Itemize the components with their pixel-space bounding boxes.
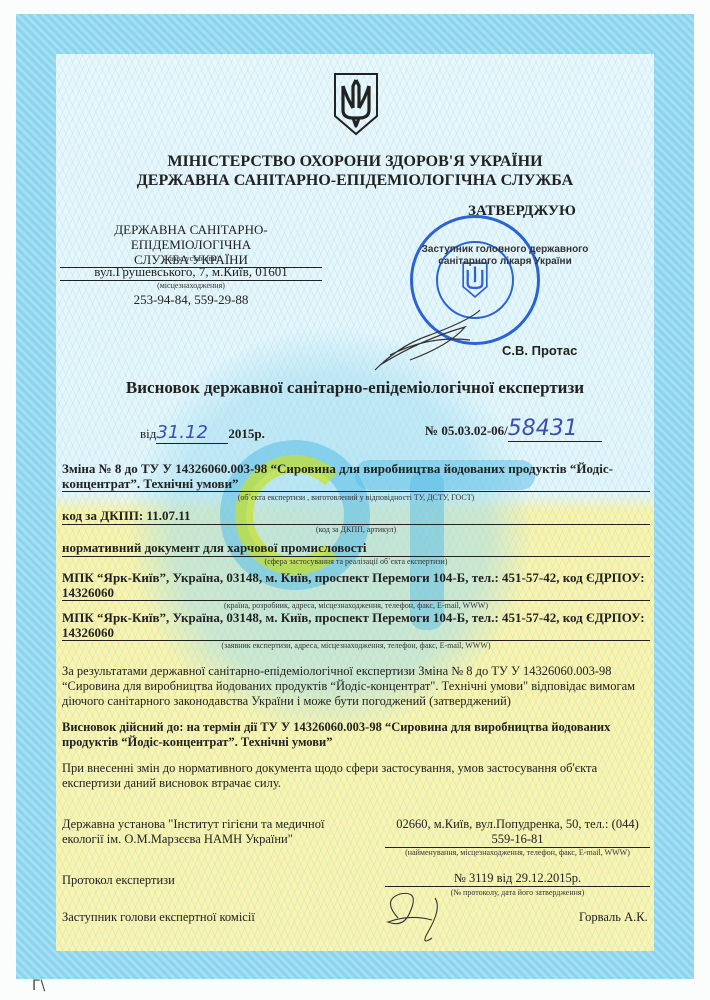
issuer-phones: 253-94-84, 559-29-88	[60, 292, 322, 308]
institution-address-line2: 559-16-81	[385, 832, 650, 848]
field-scope: нормативний документ для харчової промис…	[62, 540, 650, 557]
issuer-address-caption: (місцезнаходження)	[60, 281, 322, 290]
field-dkpp-caption: (код за ДКПП, артикул)	[62, 525, 650, 534]
field-object: Зміна № 8 до ТУ У 14326060.003-98 “Сиров…	[62, 461, 650, 492]
field-object-caption: (об`єкта експертизи , виготовлений у від…	[62, 493, 650, 502]
issuer-name-caption: (назва установи)	[60, 254, 322, 263]
field-dkpp-code: код за ДКПП: 11.07.11	[62, 508, 650, 525]
approval-signature	[370, 305, 490, 375]
approval-signer: С.В. Протас	[502, 343, 577, 358]
institution-address: 02660, м.Київ, вул.Попудренка, 50, тел.:…	[385, 817, 650, 848]
document-date: від31.122015р.	[140, 422, 265, 444]
approval-position-line1: Заступник головного державного	[405, 244, 605, 256]
institution-address-line1: 02660, м.Київ, вул.Попудренка, 50, тел.:…	[385, 817, 650, 832]
issuer-address: вул.Грушевського, 7, м.Київ, 01601	[60, 264, 322, 281]
date-prefix: від	[140, 426, 156, 441]
date-handwritten: 31.12	[156, 422, 228, 444]
number-handwritten: 58431	[508, 416, 602, 442]
field-applicant-caption: (заявник експертизи, адреса, місцезнаход…	[62, 641, 650, 650]
field-applicant: МПК “Ярк-Київ”, Україна, 03148, м. Київ,…	[62, 610, 650, 641]
institution-name-line1: Державна установа "Інститут гігієни та м…	[62, 817, 342, 832]
expertise-result: За результатами державної санітарно-епід…	[62, 664, 650, 709]
approval-position-line2: санітарного лікаря України	[405, 256, 605, 268]
change-notice: При внесенні змін до нормативного докуме…	[62, 761, 650, 791]
date-suffix: 2015р.	[228, 426, 264, 441]
field-developer-caption: (країна, розробник, адреса, місцезнаходж…	[62, 601, 650, 610]
deputy-name: Горваль А.К.	[579, 910, 648, 925]
approval-position: Заступник головного державного санітарно…	[405, 244, 605, 268]
document-number: № 05.03.02-06/58431	[425, 416, 602, 442]
field-scope-caption: (сфера застосування та реалізації об`єкт…	[62, 557, 650, 566]
corner-mark: Г\	[32, 978, 45, 994]
institution-name: Державна установа "Інститут гігієни та м…	[62, 817, 342, 847]
validity-statement: Висновок дійсний до: на термін дії ТУ У …	[62, 720, 650, 750]
ministry-title: МІНІСТЕРСТВО ОХОРОНИ ЗДОРОВ'Я УКРАЇНИ	[100, 153, 610, 171]
deputy-label: Заступник голови експертної комісії	[62, 910, 255, 925]
protocol-label: Протокол експертизи	[62, 873, 175, 888]
field-developer: МПК “Ярк-Київ”, Україна, 03148, м. Київ,…	[62, 570, 650, 601]
trident-coat-of-arms-icon	[333, 72, 379, 136]
service-title: ДЕРЖАВНА САНІТАРНО-ЕПІДЕМІОЛОГІЧНА СЛУЖБ…	[100, 172, 610, 190]
document-title: Висновок державної санітарно-епідеміолог…	[60, 378, 650, 398]
number-prefix: № 05.03.02-06/	[425, 423, 508, 438]
institution-name-line2: екології ім. О.М.Марзєєва НАМН України"	[62, 832, 342, 847]
deputy-signature	[380, 888, 450, 950]
protocol-value: № 3119 від 29.12.2015р.	[385, 871, 650, 887]
institution-caption: (найменування, місцезнаходження, телефон…	[385, 848, 650, 857]
issuer-name-line1: ДЕРЖАВНА САНІТАРНО-ЕПІДЕМІОЛОГІЧНА	[60, 222, 322, 252]
